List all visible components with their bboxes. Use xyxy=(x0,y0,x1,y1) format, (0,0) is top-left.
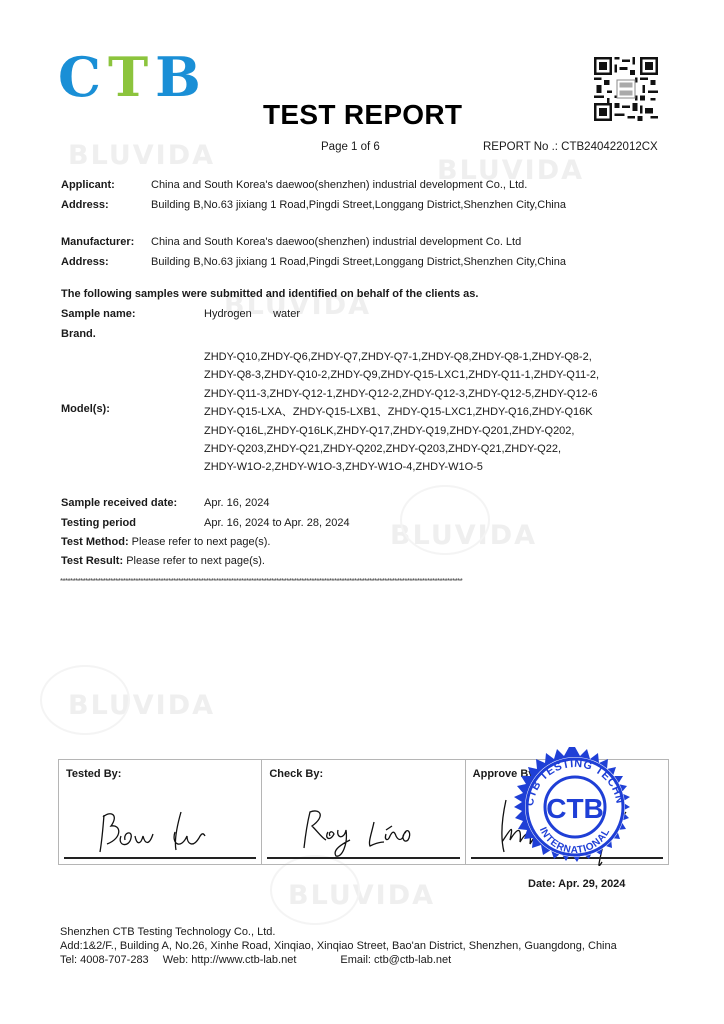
separator-line: ****************************************… xyxy=(60,578,666,586)
models-line: ZHDY-Q203,ZHDY-Q21,ZHDY-Q202,ZHDY-Q203,Z… xyxy=(204,440,599,458)
signature-line xyxy=(267,857,459,859)
watermark-swoosh xyxy=(40,665,130,735)
watermark-swoosh xyxy=(400,485,490,555)
test-result-label: Test Result: xyxy=(61,555,123,567)
tested-by-cell: Tested By: xyxy=(59,760,262,864)
manufacturer-value: China and South Korea's daewoo(shenzhen)… xyxy=(151,236,521,248)
models-line: ZHDY-Q11-3,ZHDY-Q12-1,ZHDY-Q12-2,ZHDY-Q1… xyxy=(204,385,599,403)
testing-period-value: Apr. 16, 2024 to Apr. 28, 2024 xyxy=(204,517,350,529)
page-title: TEST REPORT xyxy=(263,99,462,131)
footer-email-link[interactable]: Email: ctb@ctb-lab.net xyxy=(340,954,451,966)
ctb-stamp-icon: CTB TESTING TECHNOLOGY INTERNATIONAL CTB xyxy=(511,745,639,873)
sample-name-label: Sample name: xyxy=(61,308,136,320)
logo-letter-b: B xyxy=(155,45,208,109)
footer: Shenzhen CTB Testing Technology Co., Ltd… xyxy=(60,925,617,967)
qr-code-icon xyxy=(594,57,658,121)
report-number: REPORT No .: CTB240422012CX xyxy=(483,141,658,153)
models-list: ZHDY-Q10,ZHDY-Q6,ZHDY-Q7,ZHDY-Q7-1,ZHDY-… xyxy=(204,348,599,477)
manufacturer-address-label: Address: xyxy=(61,256,109,268)
applicant-value: China and South Korea's daewoo(shenzhen)… xyxy=(151,179,527,191)
received-date-label: Sample received date: xyxy=(61,497,177,509)
test-method: Test Method: Please refer to next page(s… xyxy=(61,536,270,548)
report-date: Date: Apr. 29, 2024 xyxy=(528,878,625,890)
footer-tel: Tel: 4008-707-283 xyxy=(60,954,149,966)
models-label: Model(s): xyxy=(61,403,110,415)
footer-address: Add:1&2/F., Building A, No.26, Xinhe Roa… xyxy=(60,939,617,953)
brand-label: Brand. xyxy=(61,328,96,340)
page-number: Page 1 of 6 xyxy=(321,141,380,153)
check-by-cell: Check By: xyxy=(262,760,465,864)
manufacturer-label: Manufacturer: xyxy=(61,236,134,248)
signature-line xyxy=(64,857,256,859)
applicant-address: Building B,No.63 jixiang 1 Road,Pingdi S… xyxy=(151,199,566,211)
check-by-signature xyxy=(262,760,465,866)
received-date-value: Apr. 16, 2024 xyxy=(204,497,269,509)
testing-period-label: Testing period xyxy=(61,517,136,529)
models-line: ZHDY-Q8-3,ZHDY-Q10-2,ZHDY-Q9,ZHDY-Q15-LX… xyxy=(204,366,599,384)
models-line: ZHDY-Q15-LXA、ZHDY-Q15-LXB1、ZHDY-Q15-LXC1… xyxy=(204,403,599,421)
test-result-value: Please refer to next page(s). xyxy=(123,555,265,567)
tested-by-signature xyxy=(59,760,262,866)
test-method-value: Please refer to next page(s). xyxy=(129,536,271,548)
test-result: Test Result: Please refer to next page(s… xyxy=(61,555,265,567)
test-method-label: Test Method: xyxy=(61,536,129,548)
ctb-logo: CTB xyxy=(58,50,208,104)
footer-web-link[interactable]: Web: http://www.ctb-lab.net xyxy=(163,954,297,966)
footer-company: Shenzhen CTB Testing Technology Co., Ltd… xyxy=(60,925,617,939)
watermark: BLUVIDA xyxy=(68,140,215,171)
logo-letter-t: T xyxy=(108,45,155,109)
logo-letter-c: C xyxy=(58,45,108,109)
samples-intro: The following samples were submitted and… xyxy=(61,288,478,300)
applicant-label: Applicant: xyxy=(61,179,115,191)
applicant-address-label: Address: xyxy=(61,199,109,211)
models-line: ZHDY-W1O-2,ZHDY-W1O-3,ZHDY-W1O-4,ZHDY-W1… xyxy=(204,458,599,476)
models-line: ZHDY-Q10,ZHDY-Q6,ZHDY-Q7,ZHDY-Q7-1,ZHDY-… xyxy=(204,348,599,366)
sample-name-value: Hydrogen water xyxy=(204,308,300,320)
models-line: ZHDY-Q16L,ZHDY-Q16LK,ZHDY-Q17,ZHDY-Q19,Z… xyxy=(204,422,599,440)
footer-contacts: Tel: 4008-707-283Web: http://www.ctb-lab… xyxy=(60,953,617,967)
svg-text:CTB: CTB xyxy=(546,793,604,824)
manufacturer-address: Building B,No.63 jixiang 1 Road,Pingdi S… xyxy=(151,256,566,268)
